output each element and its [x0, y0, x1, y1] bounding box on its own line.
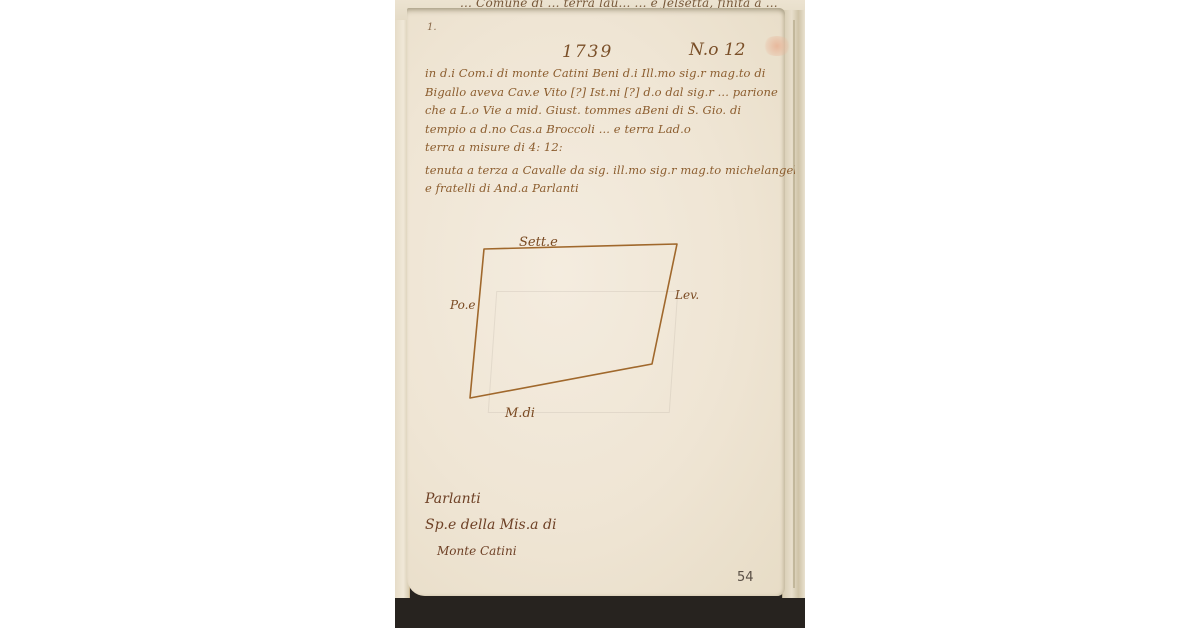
footer-notes: Parlanti Sp.e della Mis.a di Monte Catin…	[425, 486, 556, 564]
footer-line: Parlanti	[425, 486, 556, 512]
label-west: Po.e	[450, 298, 476, 312]
folio-number: 54	[737, 570, 754, 585]
manuscript-page: 1. 1739 N.o 12 in d.i Com.i di monte Cat…	[407, 8, 785, 596]
footer-line: Monte Catini	[425, 538, 556, 564]
manuscript-scan: ... Comune di ... terra lau... ... e Jel…	[395, 0, 805, 628]
label-east: Lev.	[675, 288, 699, 302]
label-north: Sett.e	[519, 235, 558, 250]
footer-line: Sp.e della Mis.a di	[425, 512, 556, 538]
label-south: M.di	[505, 406, 535, 421]
